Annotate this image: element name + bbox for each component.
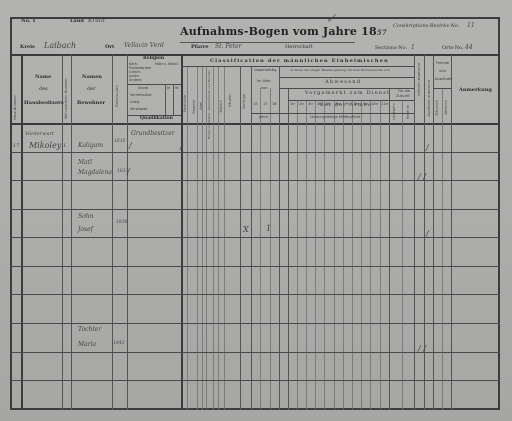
- col-line: [380, 100, 381, 410]
- row1-geburt: 1810: [114, 140, 125, 145]
- zukunft-sub: Reserve: [406, 105, 410, 119]
- col-line: [442, 88, 443, 410]
- row-divider: [10, 209, 500, 210]
- col-line: [127, 55, 128, 410]
- stand-row-label: Verheirathet: [130, 94, 152, 98]
- haus-nummer-header: Haus-Nummer: [13, 95, 17, 120]
- row1-haus: 17: [13, 144, 19, 149]
- fremde-sub: Männlich: [435, 100, 439, 116]
- stand-col-label: M: [167, 87, 170, 91]
- row7-mark: / /: [418, 344, 426, 353]
- col-line: [352, 100, 353, 410]
- header-subline: [288, 100, 414, 101]
- class-col-header: Häusler: [228, 94, 232, 107]
- col-line: [288, 88, 289, 410]
- service-col: 6tr: [336, 103, 341, 107]
- col-line: [165, 84, 166, 115]
- col-line: [173, 84, 174, 115]
- row-divider: [10, 180, 500, 181]
- inlaender-header: Inländer abwesend: [417, 63, 421, 96]
- stand-header: Stand: [138, 87, 148, 91]
- col-line: [414, 55, 415, 410]
- row2-mark: /: [127, 167, 130, 176]
- col-line: [251, 66, 252, 410]
- service-col: 4tr: [317, 103, 322, 107]
- col-line: [343, 100, 344, 410]
- fremde-header: Fremde: [436, 62, 449, 66]
- stand-row-label: Ledig: [130, 101, 139, 105]
- row4-name-line1: Sohn: [78, 214, 93, 220]
- row1-besitzer-line1: Vorderwurt: [25, 132, 54, 137]
- col-line: [451, 55, 452, 410]
- gegenwaertig-header: Gegenwärtig: [254, 69, 276, 73]
- row-divider: [10, 323, 500, 324]
- classification-header: Classification der männlichen Einheimisc…: [210, 59, 389, 64]
- col-line: [240, 66, 241, 410]
- alter-header: Im Alter: [257, 80, 271, 84]
- name-besitzer-header-2: des: [39, 87, 48, 92]
- col-line: [21, 55, 23, 410]
- col-line: [71, 55, 72, 410]
- auslaender-header: Ausländer anwesend: [427, 80, 431, 117]
- row1-name: Kaligam: [78, 143, 103, 149]
- wohnpartei-header: Wohnparteien-Nummer: [64, 78, 68, 119]
- col-line: [218, 66, 219, 410]
- service-col: 8tr: [354, 103, 359, 107]
- religion-header: Religion: [143, 57, 164, 62]
- header-subline: [181, 66, 414, 67]
- namen-bewohner-header-1: Namen: [82, 75, 102, 80]
- qualifikation-header: Qualifikation: [140, 117, 173, 122]
- row7-name: Maria: [78, 342, 96, 348]
- row1-mark: /: [426, 143, 429, 152]
- col-line: [402, 100, 403, 410]
- fremde-header: und: [439, 70, 446, 74]
- zukunft-sub: Landwehr: [392, 103, 396, 120]
- header-subline: [279, 88, 414, 89]
- service-col: 5tr: [326, 103, 331, 107]
- row4-mark-1: 1: [266, 224, 271, 233]
- alter-header: von: [261, 87, 267, 91]
- row-divider: [10, 152, 500, 153]
- service-col: 7tr: [345, 103, 350, 107]
- name-besitzer-header-3: Hausbesitzers: [24, 101, 64, 106]
- militaer-label: Leistungsfähige Militärpflicht: [310, 116, 361, 120]
- row2-name-line1: Matl: [78, 160, 92, 166]
- zukunft-header: Zukunft: [396, 95, 410, 99]
- jahre-label: Jahre: [259, 116, 268, 120]
- row4-mark: /: [426, 229, 429, 238]
- col-line: [197, 66, 198, 410]
- col-line: [370, 100, 371, 410]
- stand-row-label: Verwitwet: [130, 108, 147, 112]
- col-line: [213, 66, 214, 410]
- col-line: [62, 55, 63, 410]
- age-col: 17: [263, 103, 267, 107]
- religion-row-label: Andere: [129, 79, 142, 83]
- class-col-header: Bauern: [219, 100, 223, 113]
- col-line: [361, 100, 362, 410]
- age-col: 18: [272, 103, 276, 107]
- class-col-header: Adel: [199, 102, 203, 110]
- header-subline: [251, 113, 414, 114]
- class-col-header: Geistliche: [183, 95, 187, 112]
- abwesend-header: Abwesend: [325, 80, 361, 85]
- col-line: [306, 100, 307, 410]
- anmerkung-header: Anmerkung: [459, 88, 492, 93]
- namen-bewohner-header-2: der: [87, 87, 96, 92]
- service-col: 3tr: [308, 103, 313, 107]
- class-col-header: Bürger in Städten, Gewerbsleute und Küns…: [207, 70, 211, 139]
- col-line: [315, 100, 316, 410]
- col-line: [202, 66, 203, 410]
- row7-geburt: 1842: [113, 342, 124, 347]
- row1-besitzer-line2: Mikoley: [29, 142, 61, 150]
- col-line: [187, 66, 188, 410]
- fremde-header: Ausländer: [435, 78, 453, 82]
- header-subline: [433, 88, 451, 89]
- col-line: [324, 100, 325, 410]
- column-header-bottom: [10, 123, 500, 125]
- class-col-header: Beamte: [192, 100, 196, 114]
- col-line: [224, 66, 225, 410]
- row-divider: [10, 352, 500, 353]
- header-subline: [279, 77, 414, 78]
- row4-mark-x: X: [243, 225, 249, 234]
- row7-name-line1: Tochter: [78, 327, 101, 333]
- namen-bewohner-header-3: Bewohner: [77, 101, 105, 106]
- row-divider: [10, 266, 500, 267]
- row1-mark: /: [180, 142, 183, 151]
- stand-col-label: W: [175, 87, 178, 91]
- service-col: 2tr: [299, 103, 304, 107]
- row-divider: [10, 380, 500, 381]
- vorgemerkt-header: Vorgemerkt zum Dienst: [305, 91, 390, 96]
- note-text: Im Sinne der obigen Tabellen gehörig mit…: [290, 69, 390, 72]
- row4-geburt: 1838: [116, 221, 127, 226]
- col-line: [334, 100, 335, 410]
- row1-partei: 1: [63, 144, 66, 149]
- row3-mark: / /: [418, 172, 426, 181]
- col-line: [260, 88, 261, 410]
- service-col: 10tr: [371, 103, 378, 107]
- col-line: [270, 88, 271, 410]
- zukunft-header: Für die: [398, 90, 410, 94]
- religion-col-label: Weibl.: [168, 63, 179, 67]
- fremde-sub: Weiblich: [444, 100, 448, 115]
- row1-qualifikation: Grundbesitzer: [131, 131, 175, 137]
- col-line: [112, 55, 113, 410]
- service-col: 11tr: [381, 103, 388, 107]
- row1-mark: /: [129, 141, 132, 150]
- col-line: [433, 55, 434, 410]
- service-col: 9tr: [363, 103, 368, 107]
- geburts-jahr-header: Geburts-Jahr: [115, 85, 119, 107]
- header-divider: [10, 54, 500, 56]
- col-line: [424, 55, 425, 410]
- col-line: [389, 88, 390, 410]
- col-line: [279, 66, 280, 410]
- religion-col-label: Männl.: [155, 63, 167, 67]
- age-col: 15: [253, 103, 257, 107]
- col-line: [297, 100, 298, 410]
- row2-name: Magdalena: [78, 170, 112, 176]
- service-col: 1tr: [290, 103, 295, 107]
- class-col-header: Sonstige: [242, 94, 246, 109]
- name-besitzer-header-1: Name: [35, 75, 51, 80]
- row-divider: [10, 294, 500, 295]
- row4-name: Josef: [78, 227, 93, 233]
